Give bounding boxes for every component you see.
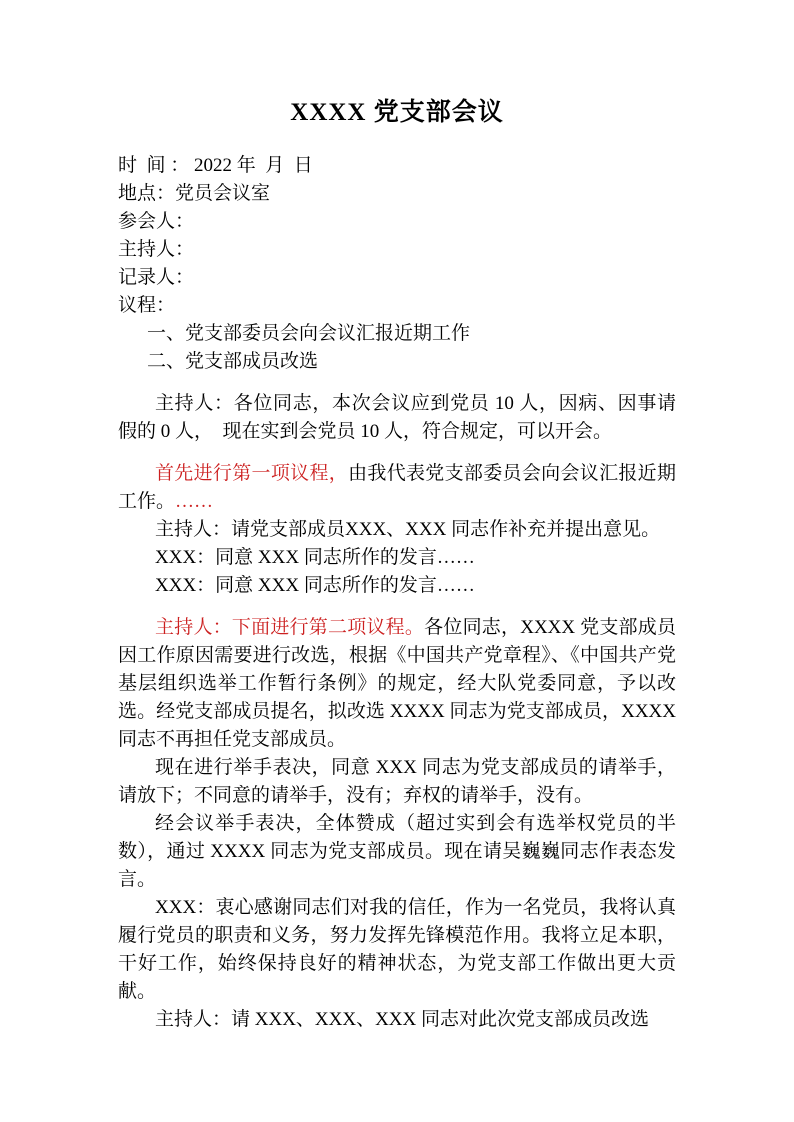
agenda-item: 二、党支部成员改选 [118, 348, 676, 376]
paragraph-segment: XXX：衷心感谢同志们对我的信任，作为一名党员，我将认真履行党员的职责和义务，努… [118, 897, 676, 1002]
paragraph-segment: 主持人：下面进行第二项议程。 [155, 617, 424, 638]
paragraph: 主持人：下面进行第二项议程。各位同志，XXXX 党支部成员因工作原因需要进行改选… [118, 614, 676, 754]
paragraph: XXX：同意 XXX 同志所作的发言…… [118, 572, 676, 600]
paragraph-segment: …… [175, 491, 213, 512]
paragraph-segment: XXX：同意 XXX 同志所作的发言…… [155, 575, 475, 596]
paragraph: XXX：同意 XXX 同志所作的发言…… [118, 544, 676, 572]
paragraph-segment: 现在进行举手表决，同意 XXX 同志为党支部成员的请举手，请放下；不同意的请举手… [118, 757, 676, 806]
paragraph: 主持人：请 XXX、XXX、XXX 同志对此次党支部成员改选 [118, 1006, 676, 1034]
meta-line: 时 间 ： 2022 年 月 日 [118, 152, 676, 180]
paragraph-segment: 经会议举手表决，全体赞成（超过实到会有选举权党员的半数），通过 XXXX 同志为… [118, 813, 676, 890]
paragraph: 主持人：各位同志，本次会议应到党员 10 人，因病、因事请假的 0 人， 现在实… [118, 390, 676, 446]
agenda-item: 一、党支部委员会向会议汇报近期工作 [118, 320, 676, 348]
paragraph: XXX：衷心感谢同志们对我的信任，作为一名党员，我将认真履行党员的职责和义务，努… [118, 894, 676, 1006]
paragraph: 主持人：请党支部成员XXX、XXX 同志作补充并提出意见。 [118, 516, 676, 544]
meta-line: 记录人： [118, 264, 676, 292]
paragraph: 经会议举手表决，全体赞成（超过实到会有选举权党员的半数），通过 XXXX 同志为… [118, 810, 676, 894]
body-section: 主持人：各位同志，本次会议应到党员 10 人，因病、因事请假的 0 人， 现在实… [118, 390, 676, 1034]
paragraph-segment: 主持人：各位同志，本次会议应到党员 10 人，因病、因事请假的 0 人， 现在实… [118, 393, 676, 442]
paragraph-segment: XXX：同意 XXX 同志所作的发言…… [155, 547, 475, 568]
meta-line: 参会人： [118, 208, 676, 236]
paragraph: 现在进行举手表决，同意 XXX 同志为党支部成员的请举手，请放下；不同意的请举手… [118, 754, 676, 810]
paragraph: 首先进行第一项议程，由我代表党支部委员会向会议汇报近期工作。…… [118, 460, 676, 516]
paragraph-segment: 首先进行第一项议程， [155, 463, 348, 484]
document-title: XXXX 党支部会议 [118, 96, 676, 129]
paragraph-segment: 主持人：请 XXX、XXX、XXX 同志对此次党支部成员改选 [155, 1009, 649, 1030]
meta-section: 时 间 ： 2022 年 月 日地点：党员会议室参会人：主持人：记录人：议程： [118, 152, 676, 320]
meta-line: 议程： [118, 292, 676, 320]
meta-line: 主持人： [118, 236, 676, 264]
agenda-section: 一、党支部委员会向会议汇报近期工作二、党支部成员改选 [118, 320, 676, 376]
document-page: XXXX 党支部会议 时 间 ： 2022 年 月 日地点：党员会议室参会人：主… [0, 0, 794, 1122]
paragraph-segment: 主持人：请党支部成员XXX、XXX 同志作补充并提出意见。 [155, 519, 660, 540]
meta-line: 地点：党员会议室 [118, 180, 676, 208]
